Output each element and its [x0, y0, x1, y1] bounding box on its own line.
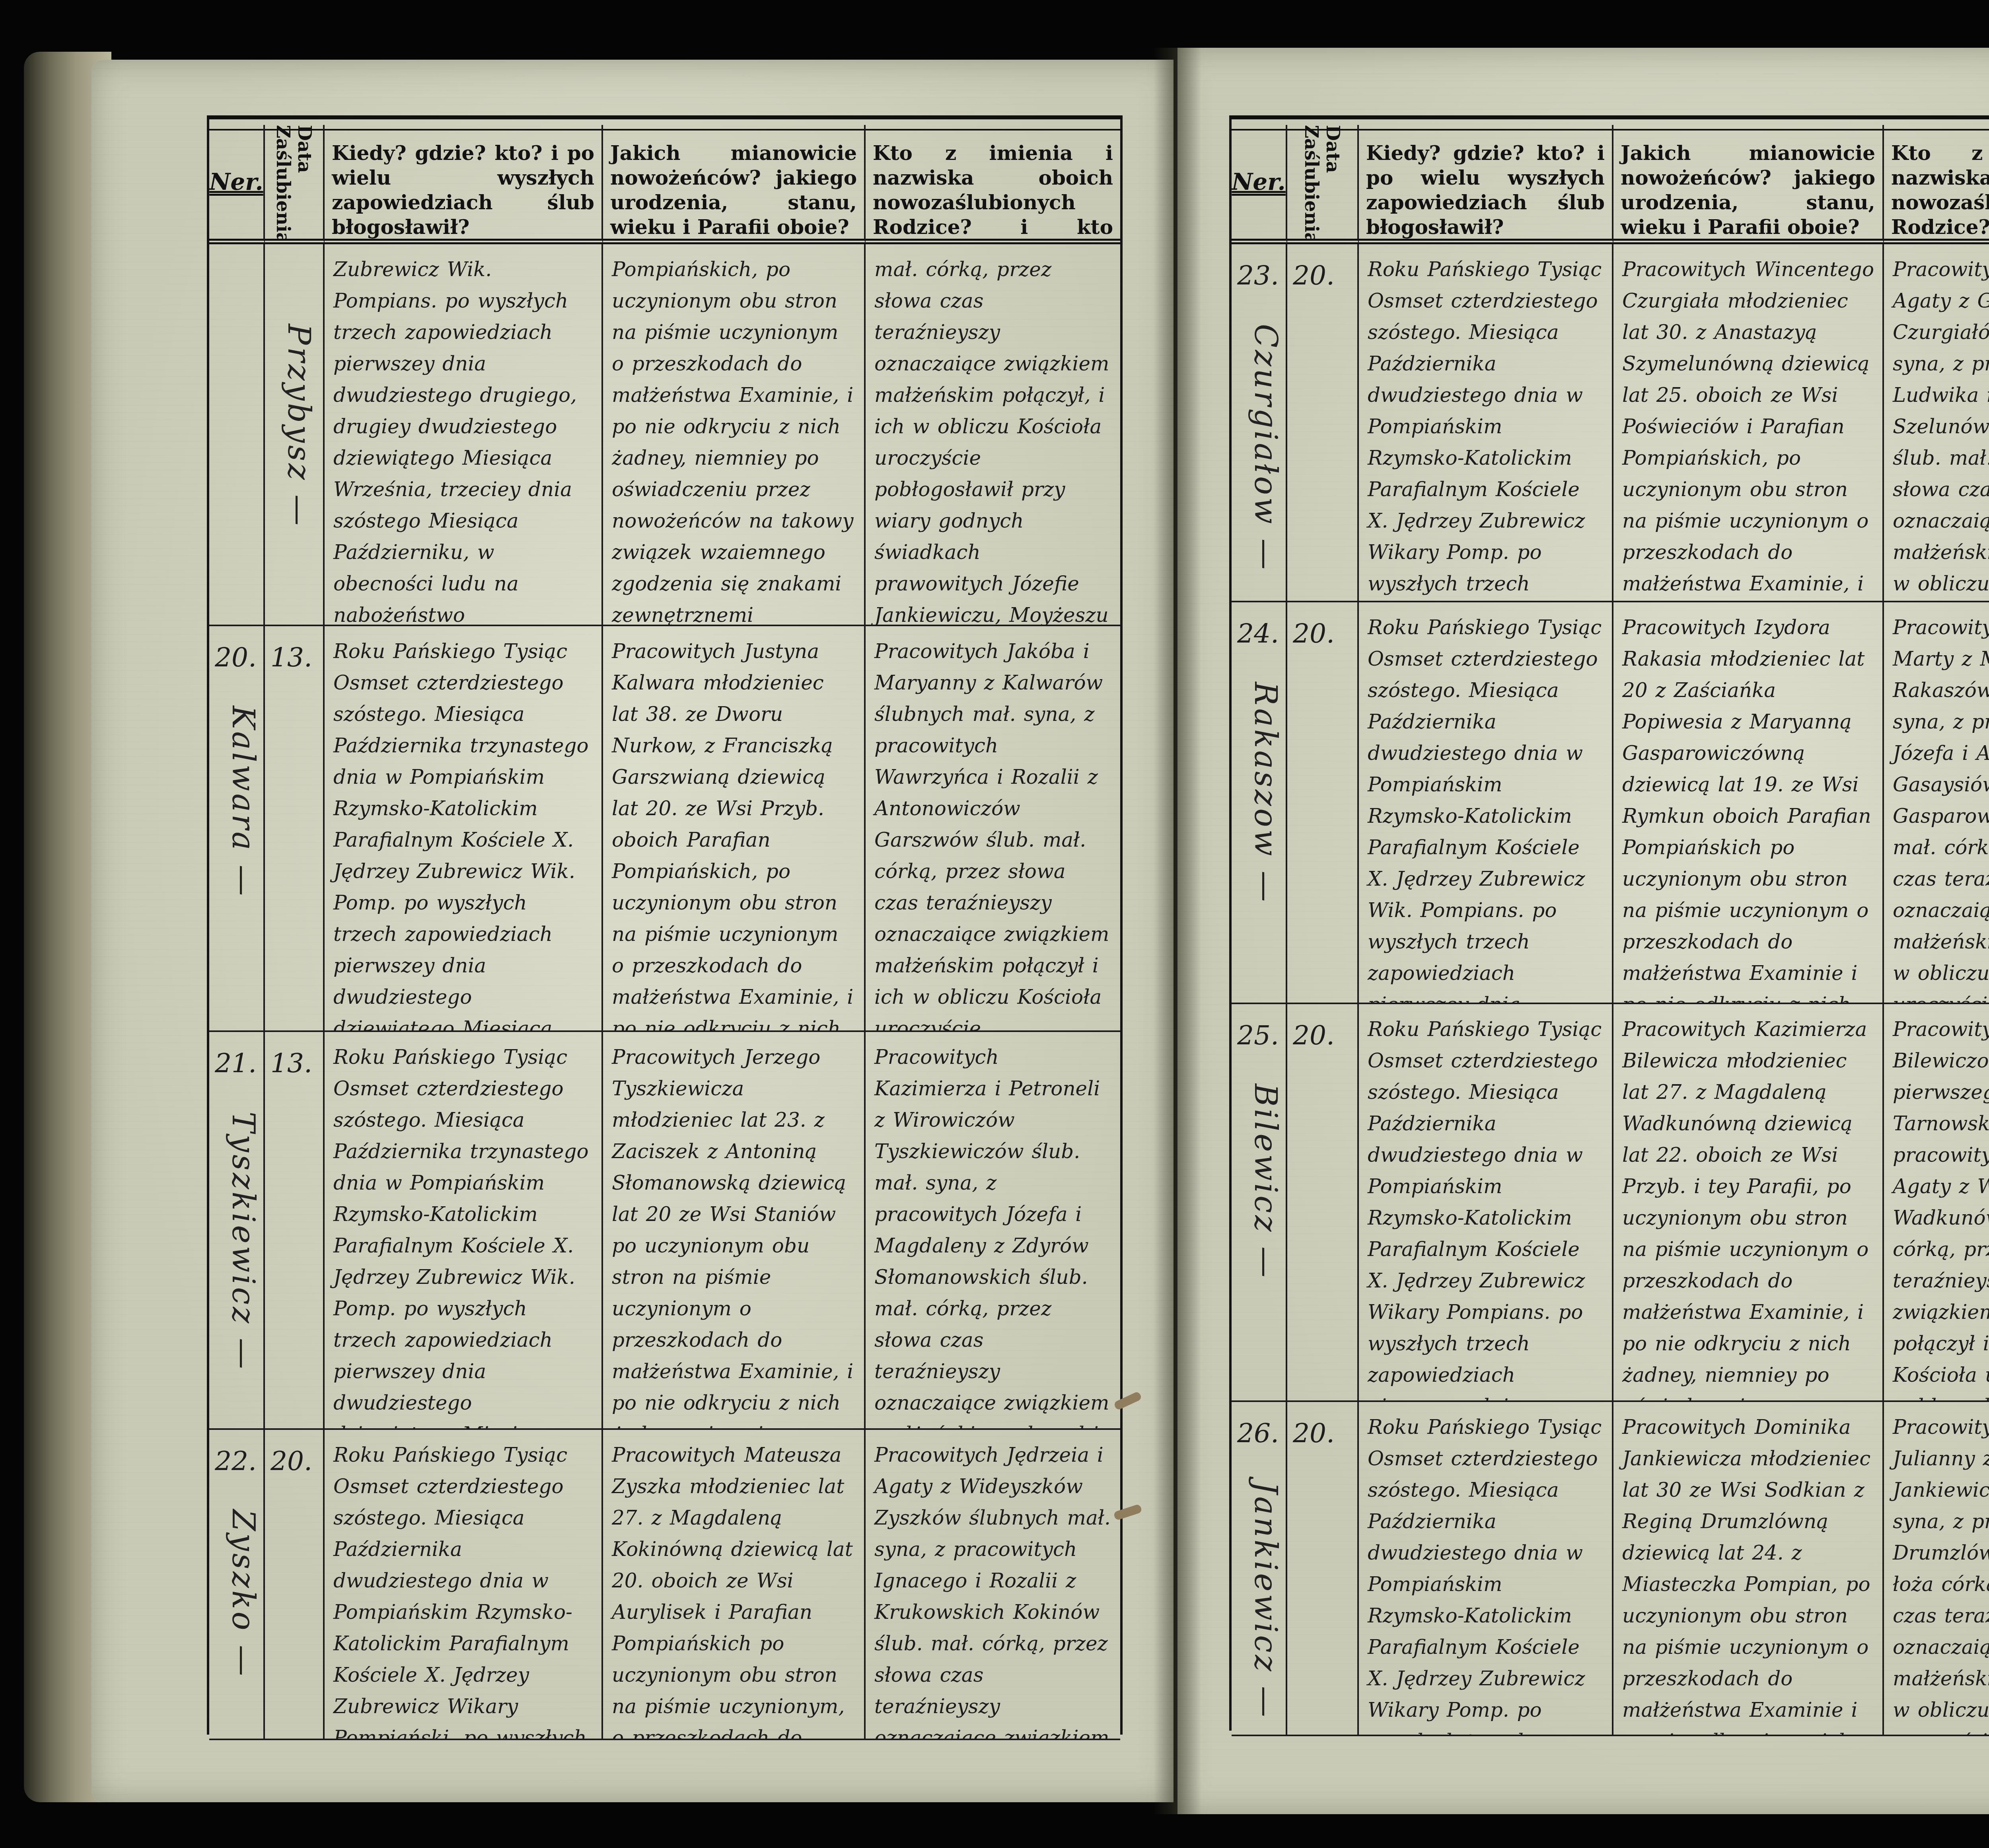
entry-number-value: 21. [215, 1048, 257, 1079]
entry-parents-witnesses: Pracowitych Józefa i Julianny z Bałaszew… [1884, 1402, 1989, 1736]
column-header-spouses: Jakich mianowicie nowożeńców? jakiego ur… [1613, 125, 1884, 244]
column-header-spouses: Jakich mianowicie nowożeńców? jakiego ur… [603, 125, 866, 244]
entry-parents-witnesses: Pracowitych Jakóba i Maryanny z Kalwarów… [866, 626, 1120, 1032]
entry-number: 21. Tyszkiewicz — [209, 1032, 265, 1430]
entry-when-where: Roku Pańskiego Tysiąc Osmset czterdziest… [1359, 1004, 1613, 1402]
entry-date: Przybysz — [265, 244, 325, 626]
entry-date: 20. [265, 1430, 325, 1740]
register-table-left: Ner. Data Zaślubienia. Kiedy? gdzie? kto… [207, 119, 1123, 1735]
entry-parents-witnesses: Pracowitych Kazimierza i Petroneli z Wir… [866, 1032, 1120, 1430]
column-header-date: Data Zaślubienia. [1287, 125, 1359, 244]
column-header-when-where: Kiedy? gdzie? kto? i po wielu wyszłych z… [1359, 125, 1613, 244]
entry-date: 13. [265, 626, 325, 1032]
entry-spouses: Pracowitych Justyna Kalwara młodzieniec … [603, 626, 866, 1032]
entry-number-value: 25. [1237, 1020, 1279, 1051]
entry-number: 25. Bilewicz — [1232, 1004, 1287, 1402]
entry-number-value: 26. [1237, 1418, 1279, 1449]
entry-when-where: Roku Pańskiego Tysiąc Osmset czterdziest… [325, 1032, 603, 1430]
register-table-right: Ner. Data Zaślubienia. Kiedy? gdzie? kto… [1229, 119, 1989, 1731]
entry-parents-witnesses: mał. córką, przez słowa czas teraźnieysz… [866, 244, 1120, 626]
entry-number: 24. Rakaszow — [1232, 602, 1287, 1004]
entry-spouses: Pompiańskich, po uczynionym obu stron na… [603, 244, 866, 626]
entry-spouses: Pracowitych Dominika Jankiewicza młodzie… [1613, 1402, 1884, 1736]
entry-when-where: Zubrewicz Wik. Pompians. po wyszłych trz… [325, 244, 603, 626]
entry-number: 23. Czurgiałow — [1232, 244, 1287, 602]
entry-date: 20. [1287, 1402, 1359, 1736]
column-header-parents-witnesses: Kto z imienia i nazwiska oboich nowozaśl… [866, 125, 1120, 244]
entry-surname: Przybysz — [281, 324, 317, 528]
entry-number: 22. Zyszko — [209, 1430, 265, 1740]
entry-surname: Tyszkiewicz — [225, 1112, 261, 1371]
entry-when-where: Roku Pańskiego Tysiąc Osmset czterdziest… [1359, 602, 1613, 1004]
entry-number-value: 24. [1237, 618, 1279, 649]
entry-when-where: Roku Pańskiego Tysiąc Osmset czterdziest… [1359, 1402, 1613, 1736]
entry-parents-witnesses: Pracowitych Jędrzeia i Agaty z Wideyszkó… [866, 1430, 1120, 1740]
entry-surname: Bilewicz — [1248, 1084, 1283, 1280]
entry-number-value: 23. [1237, 260, 1279, 291]
entry-date: 13. [265, 1032, 325, 1430]
entry-parents-witnesses: Pracowitych Klemensa i Agaty z Grzybowsk… [1884, 244, 1989, 602]
entry-spouses: Pracowitych Wincentego Czurgiała młodzie… [1613, 244, 1884, 602]
entry-spouses: Pracowitych Izydora Rakasia młodzieniec … [1613, 602, 1884, 1004]
book-gutter [1154, 48, 1201, 1814]
entry-when-where: Roku Pańskiego Tysiąc Osmset czterdziest… [1359, 244, 1613, 602]
entry-surname: Czurgiałow — [1248, 324, 1283, 572]
entry-date: 20. [1287, 244, 1359, 602]
entry-spouses: Pracowitych Mateusza Zyszka młodzieniec … [603, 1430, 866, 1740]
entry-date: 20. [1287, 602, 1359, 1004]
entry-surname: Kalwara — [225, 706, 261, 898]
entry-parents-witnesses: Pracowitych Karoliny Bilewiczowey z pier… [1884, 1004, 1989, 1402]
entry-number-value: 22. [215, 1446, 257, 1476]
entry-surname: Zyszko — [225, 1509, 261, 1678]
entry-date: 20. [1287, 1004, 1359, 1402]
entry-number: 20. Kalwara — [209, 626, 265, 1032]
entry-spouses: Pracowitych Jerzego Tyszkiewicza młodzie… [603, 1032, 866, 1430]
column-header-when-where: Kiedy? gdzie? kto? i po wielu wyszłych z… [325, 125, 603, 244]
entry-number [209, 244, 265, 626]
entry-surname: Jankiewicz — [1248, 1482, 1283, 1719]
entry-spouses: Pracowitych Kazimierza Bilewicza młodzie… [1613, 1004, 1884, 1402]
entry-number-value: 20. [215, 642, 257, 673]
column-header-nr: Ner. [209, 125, 265, 244]
column-header-parents-witnesses: Kto z imienia i nazwiska oboich nowozaśl… [1884, 125, 1989, 244]
entry-parents-witnesses: Pracowitych Karola i Marty z Mikszów Rak… [1884, 602, 1989, 1004]
entry-when-where: Roku Pańskiego Tysiąc Osmset czterdziest… [325, 1430, 603, 1740]
entry-surname: Rakaszow — [1248, 682, 1283, 904]
column-header-nr: Ner. [1232, 125, 1287, 244]
entry-when-where: Roku Pańskiego Tysiąc Osmset czterdziest… [325, 626, 603, 1032]
entry-number: 26. Jankiewicz — [1232, 1402, 1287, 1736]
column-header-date: Data Zaślubienia. [265, 125, 325, 244]
